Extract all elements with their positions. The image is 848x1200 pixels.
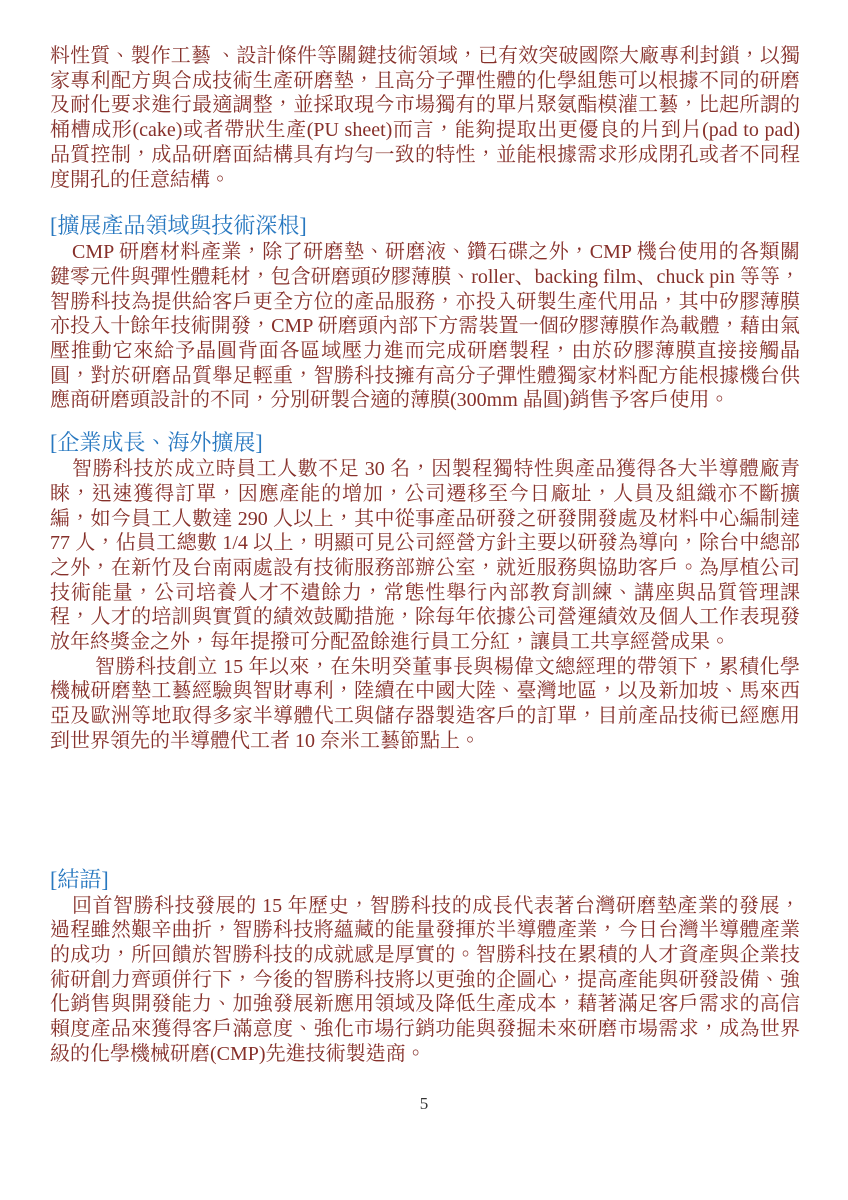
section-heading: [企業成長、海外擴展] (50, 429, 800, 457)
section-product-expansion: [擴展產品領域與技術深根] CMP 研磨材料產業，除了研磨墊、研磨液、鑽石碟之外… (50, 212, 800, 413)
paragraph: 智勝科技於成立時員工人數不足 30 名，因製程獨特性與產品獲得各大半導體廠青睞，… (50, 457, 800, 655)
page-number: 5 (0, 1094, 848, 1114)
section-continued-paragraph: 料性質、製作工藝 、設計條件等關鍵技術領域，已有效突破國際大廠專利封鎖，以獨家專… (50, 44, 800, 192)
section-heading: [擴展產品領域與技術深根] (50, 212, 800, 240)
paragraph: 料性質、製作工藝 、設計條件等關鍵技術領域，已有效突破國際大廠專利封鎖，以獨家專… (50, 44, 800, 192)
section-heading: [結語] (50, 866, 800, 894)
paragraph: CMP 研磨材料產業，除了研磨墊、研磨液、鑽石碟之外，CMP 機台使用的各類關鍵… (50, 240, 800, 413)
section-conclusion: [結語] 回首智勝科技發展的 15 年歷史，智勝科技的成長代表著台灣研磨墊產業的… (50, 866, 800, 1067)
paragraph: 回首智勝科技發展的 15 年歷史，智勝科技的成長代表著台灣研磨墊產業的發展，過程… (50, 894, 800, 1067)
section-corporate-growth: [企業成長、海外擴展] 智勝科技於成立時員工人數不足 30 名，因製程獨特性與產… (50, 429, 800, 753)
paragraph: 智勝科技創立 15 年以來，在朱明癸董事長與楊偉文總經理的帶領下，累積化學機械研… (50, 655, 800, 754)
document-page: 料性質、製作工藝 、設計條件等關鍵技術領域，已有效突破國際大廠專利封鎖，以獨家專… (0, 0, 848, 1200)
